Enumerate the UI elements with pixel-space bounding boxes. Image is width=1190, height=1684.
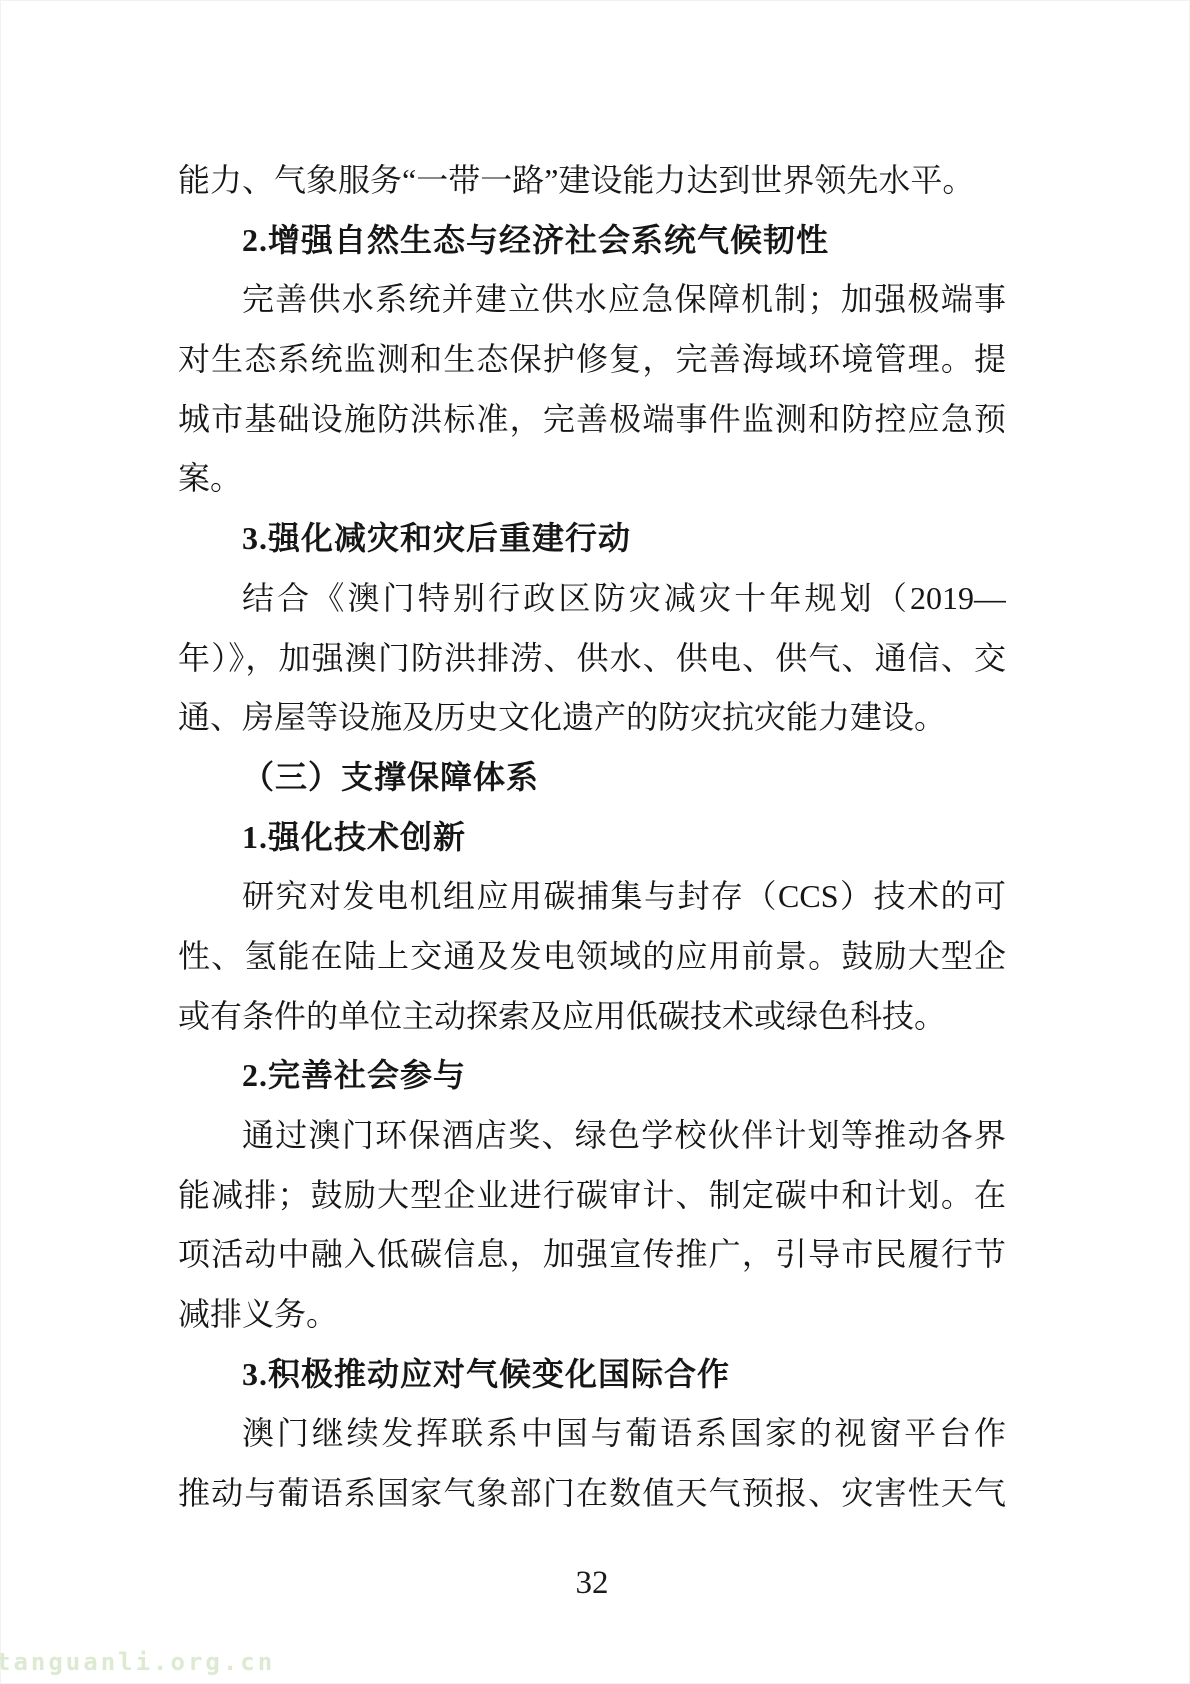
text-line: 减排义务。 — [178, 1285, 1006, 1345]
text-line: 推动与葡语系国家气象部门在数值天气预报、灾害性天气预 — [178, 1464, 1006, 1524]
section-heading: 3.积极推动应对气候变化国际合作 — [178, 1345, 1006, 1405]
page-number: 32 — [178, 1556, 1006, 1610]
text-line: 项活动中融入低碳信息，加强宣传推广，引导市民履行节能 — [178, 1225, 1006, 1285]
section-heading: （三）支撑保障体系 — [178, 748, 1006, 808]
text-line: 结合《澳门特别行政区防灾减灾十年规划（2019—2028 — [178, 569, 1006, 629]
text-line: 完善供水系统并建立供水应急保障机制；加强极端事件 — [178, 270, 1006, 330]
text-line: 年）》，加强澳门防洪排涝、供水、供电、供气、通信、交 — [178, 629, 1006, 689]
section-heading: 2.完善社会参与 — [178, 1046, 1006, 1106]
section-heading: 3.强化减灾和灾后重建行动 — [178, 509, 1006, 569]
text-line: 能力、气象服务“一带一路”建设能力达到世界领先水平。 — [178, 151, 1006, 211]
text-line: 澳门继续发挥联系中国与葡语系国家的视窗平台作用， — [178, 1404, 1006, 1464]
section-heading: 1.强化技术创新 — [178, 808, 1006, 868]
text-line: 对生态系统监测和生态保护修复，完善海域环境管理。提高 — [178, 330, 1006, 390]
text-line: 案。 — [178, 449, 1006, 509]
section-heading: 2.增强自然生态与经济社会系统气候韧性 — [178, 211, 1006, 271]
text-line: 或有条件的单位主动探索及应用低碳技术或绿色科技。 — [178, 987, 1006, 1047]
text-line: 能减排；鼓励大型企业进行碳审计、制定碳中和计划。在各 — [178, 1166, 1006, 1226]
watermark: tanguanli.org.cn — [0, 1648, 275, 1676]
text-line: 通、房屋等设施及历史文化遗产的防灾抗灾能力建设。 — [178, 688, 1006, 748]
text-line: 通过澳门环保酒店奖、绿色学校伙伴计划等推动各界节 — [178, 1106, 1006, 1166]
document-text-block: 能力、气象服务“一带一路”建设能力达到世界领先水平。 2.增强自然生态与经济社会… — [178, 151, 1006, 1524]
text-line: 城市基础设施防洪标准，完善极端事件监测和防控应急预 — [178, 390, 1006, 450]
text-line: 性、氢能在陆上交通及发电领域的应用前景。鼓励大型企业 — [178, 927, 1006, 987]
document-page: 能力、气象服务“一带一路”建设能力达到世界领先水平。 2.增强自然生态与经济社会… — [0, 0, 1190, 1684]
text-line: 研究对发电机组应用碳捕集与封存（CCS）技术的可行 — [178, 867, 1006, 927]
